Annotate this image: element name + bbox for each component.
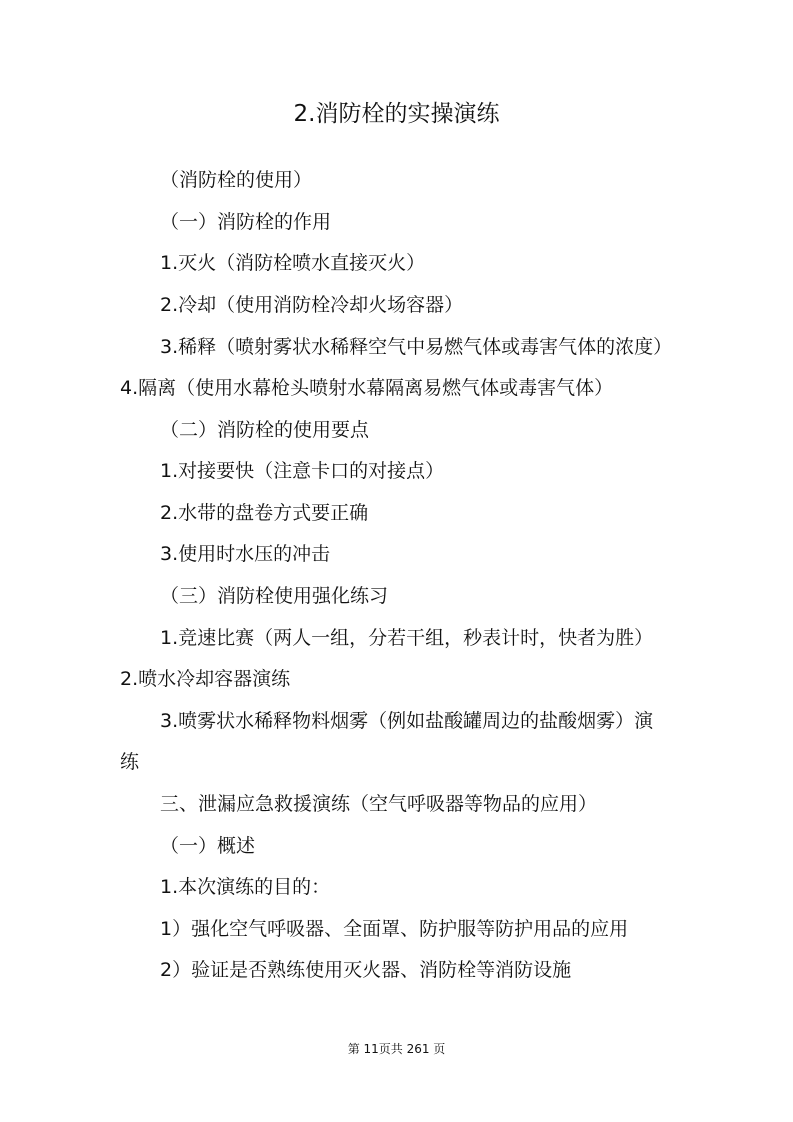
page-number: 第 11页共 261 页 — [0, 1041, 793, 1057]
paragraph-line: 2）验证是否熟练使用灭火器、消防栓等消防设施 — [160, 957, 571, 983]
paragraph-line: （二）消防栓的使用要点 — [160, 417, 369, 443]
section-title: 2.消防栓的实操演练 — [0, 98, 793, 130]
paragraph-line: 4.隔离（使用水幕枪头喷射水幕隔离易燃气体或毒害气体） — [120, 375, 613, 401]
paragraph-line: 练 — [120, 749, 139, 775]
paragraph-line: 3.稀释（喷射雾状水稀释空气中易燃气体或毒害气体的浓度） — [160, 334, 672, 360]
paragraph-line: （一）消防栓的作用 — [160, 209, 331, 235]
paragraph-line: 2.喷水冷却容器演练 — [120, 666, 290, 692]
paragraph-line: 3.喷雾状水稀释物料烟雾（例如盐酸罐周边的盐酸烟雾）演 — [160, 708, 653, 734]
paragraph-line: （一）概述 — [160, 833, 255, 859]
paragraph-line: 1）强化空气呼吸器、全面罩、防护服等防护用品的应用 — [160, 916, 628, 942]
paragraph-line: 1.本次演练的目的： — [160, 874, 330, 900]
paragraph-line: 1.竞速比赛（两人一组，分若干组，秒表计时，快者为胜） — [160, 625, 653, 651]
paragraph-line: 3.使用时水压的冲击 — [160, 541, 330, 567]
paragraph-line: 2.水带的盘卷方式要正确 — [160, 500, 368, 526]
paragraph-line: 三、泄漏应急救援演练（空气呼吸器等物品的应用） — [160, 791, 597, 817]
paragraph-line: 2.冷却（使用消防栓冷却火场容器） — [160, 292, 463, 318]
paragraph-line: （三）消防栓使用强化练习 — [160, 583, 388, 609]
paragraph-line: 1.对接要快（注意卡口的对接点） — [160, 458, 444, 484]
paragraph-line: 1.灭火（消防栓喷水直接灭火） — [160, 250, 425, 276]
document-page: 2.消防栓的实操演练 （消防栓的使用） （一）消防栓的作用 1.灭火（消防栓喷水… — [0, 0, 793, 1122]
paragraph-line: （消防栓的使用） — [160, 167, 312, 193]
